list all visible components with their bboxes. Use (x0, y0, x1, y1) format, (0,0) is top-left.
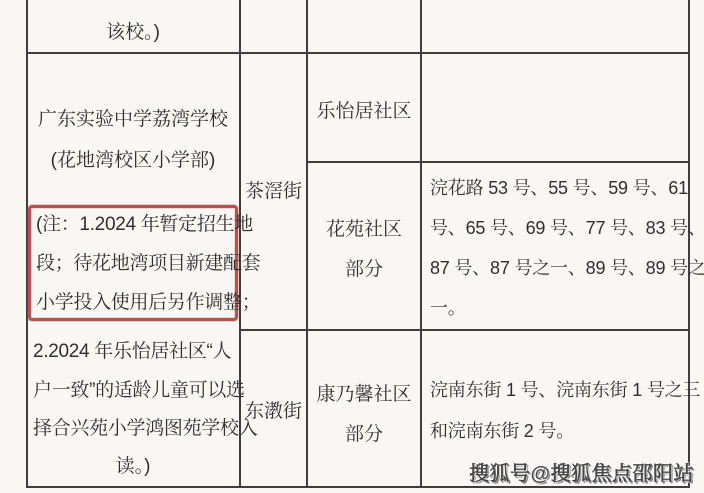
prev-row-note-tail: 该校。) (26, 13, 240, 53)
address-huayuan-line3: 87 号、87 号之一、89 号、89 号之 (430, 248, 704, 288)
school-note-line2: 户一致”的适龄儿童可以选 (33, 371, 245, 411)
school-note-line4: 读。) (26, 447, 240, 487)
community-cell-huayuan-line2: 部分 (306, 250, 422, 290)
community-cell-kangnaixin-line2: 部分 (306, 415, 422, 455)
community-cell-leyiju: 乐怡居社区 (306, 92, 422, 132)
school-note-line3: 择合兴苑小学鸿图苑学校入 (33, 409, 257, 449)
school-name-line1: 广东实验中学荔湾学校 (26, 100, 240, 140)
address-kangnaixin-line2: 和浣南东街 2 号。 (430, 411, 574, 451)
street-cell-chajiao: 茶滘街 (239, 172, 308, 212)
address-huayuan-line4: 一。 (430, 288, 466, 328)
table-row-divider-street (239, 329, 690, 331)
enrollment-zone-table-page: 该校。) 广东实验中学荔湾学校 (花地湾校区小学部) (注：1.2024 年暂定… (0, 0, 704, 493)
address-huayuan-line1: 浣花路 53 号、55 号、59 号、61 (430, 168, 688, 208)
table-row-divider-community1 (306, 161, 690, 163)
address-huayuan-line2: 号、65 号、69 号、77 号、83 号、 (430, 208, 704, 248)
school-name-line2: (花地湾校区小学部) (26, 141, 240, 181)
school-note-line1: 2.2024 年乐怡居社区“人 (33, 332, 231, 372)
community-cell-huayuan-line1: 花苑社区 (306, 210, 422, 250)
sohu-watermark: 搜狐号@搜狐焦点邵阳站 (469, 457, 694, 486)
school-note-boxed-line1: (注：1.2024 年暂定招生地 (36, 205, 253, 245)
school-note-boxed-line3: 小学投入使用后另作调整； (36, 283, 260, 323)
community-cell-kangnaixin-line1: 康乃馨社区 (306, 375, 422, 415)
school-note-boxed-line2: 段；待花地湾项目新建配套 (36, 244, 260, 284)
address-kangnaixin-line1: 浣南东街 1 号、浣南东街 1 号之三 (430, 370, 700, 410)
street-cell-dongjiao: 东漖街 (239, 392, 308, 432)
